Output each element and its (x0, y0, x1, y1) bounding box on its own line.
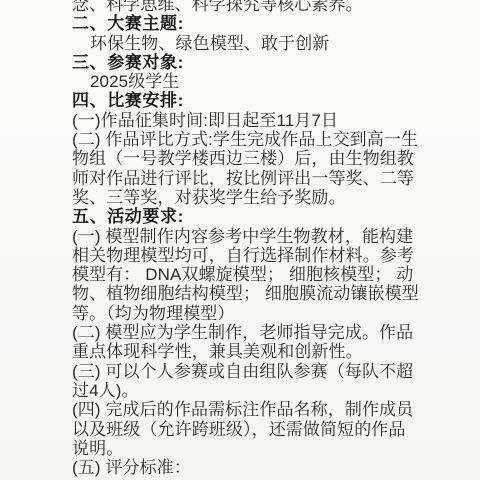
text-line: 物、植物细胞结构模型； 细胞膜流动镶嵌模型 (72, 284, 418, 303)
text-line: 以及班级（允许跨班级），还需做简短的作品 (72, 420, 418, 439)
text-line: 物组（一号教学楼西边三楼）后，由生物组教 (72, 149, 418, 168)
text-line: 过4人)。 (72, 381, 418, 400)
text-line: 2025级学生 (72, 72, 418, 91)
section-heading: 二、大赛主题: (72, 14, 418, 33)
text-line: 奖、三等奖，对获奖学生给予奖励。 (72, 188, 418, 207)
text-line: (二) 作品评比方式:学生完成作品上交到高一生 (72, 130, 418, 149)
section-heading: 四、比赛安排: (72, 91, 418, 110)
text-line: (五) 评分标准： (72, 458, 418, 477)
text-line: 相关物理模型均可，自行选择制作材料。参考 (72, 246, 418, 265)
text-line: (四) 完成后的作品需标注作品名称，制作成员 (72, 400, 418, 419)
text-line: 模型有： DNA双螺旋模型； 细胞核模型； 动 (72, 265, 418, 284)
text-line: (二) 模型应为学生制作，老师指导完成。作品 (72, 323, 418, 342)
section-heading: 五、活动要求: (72, 207, 418, 226)
text-line: (一)作品征集时间:即日起至11月7日 (72, 111, 418, 130)
text-line: 说明。 (72, 439, 418, 458)
notice-page: 念、科学思维、科学探究等核心素养。二、大赛主题:环保生物、绿色模型、敢于创新三、… (0, 0, 480, 480)
document-body: 念、科学思维、科学探究等核心素养。二、大赛主题:环保生物、绿色模型、敢于创新三、… (72, 0, 418, 477)
text-line: (一) 模型制作内容参考中学生物教材，能构建 (72, 227, 418, 246)
text-line: 等。（均为物理模型） (72, 304, 418, 323)
text-line: 师对作品进行评比，按比例评出一等奖、二等 (72, 169, 418, 188)
text-line: 念、科学思维、科学探究等核心素养。 (72, 0, 418, 14)
text-line: (三) 可以个人参赛或自由组队参赛（每队不超 (72, 362, 418, 381)
text-line: 环保生物、绿色模型、敢于创新 (72, 34, 418, 53)
section-heading: 三、参赛对象: (72, 53, 418, 72)
text-line: 重点体现科学性，兼具美观和创新性。 (72, 342, 418, 361)
